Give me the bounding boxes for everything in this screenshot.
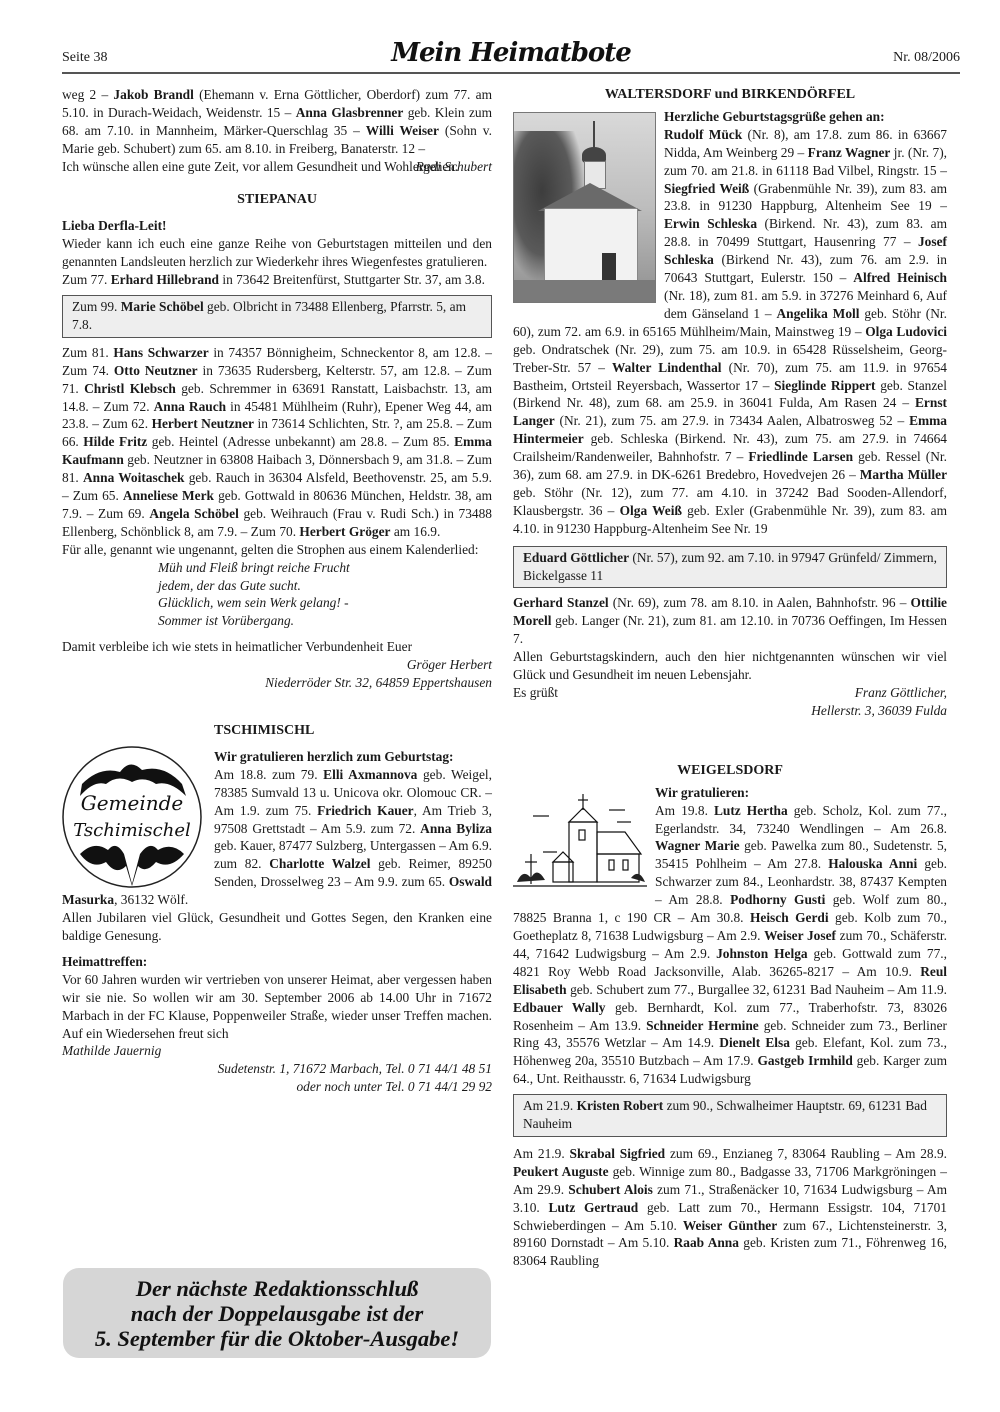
church-drawing xyxy=(513,792,647,892)
svg-text:Tschimischel: Tschimischel xyxy=(73,820,191,841)
meeting-address: Sudetenstr. 1, 71672 Marbach, Tel. 0 71 … xyxy=(62,1060,492,1078)
person-name: Franz Wagner xyxy=(808,145,891,160)
person-name: Friedrich Kauer xyxy=(317,803,414,818)
person-name: Gastgeb Irmhild xyxy=(757,1053,852,1068)
poem: Müh und Fleiß bringt reiche Frucht jedem… xyxy=(158,559,492,631)
birthday-list-2: Am 21.9. Skrabal Sigfried zum 69., Enzia… xyxy=(513,1145,947,1270)
person-name: Dienelt Elsa xyxy=(719,1035,790,1050)
highlight-box: Am 21.9. Kristen Robert zum 90., Schwalh… xyxy=(513,1094,947,1137)
banner-line: Der nächste Redaktionsschluß xyxy=(63,1276,491,1301)
person-name: Friedlinde Larsen xyxy=(748,449,853,464)
person-name: Olga Weiß xyxy=(620,503,682,518)
person-name: Raab Anna xyxy=(674,1235,739,1250)
highlight-box: Eduard Göttlicher (Nr. 57), zum 92. am 7… xyxy=(513,546,947,589)
svg-text:Gemeinde: Gemeinde xyxy=(81,791,184,815)
person-name: Hans Schwarzer xyxy=(113,345,208,360)
person-name: Johnston Helga xyxy=(716,946,808,961)
person-name: Skrabal Sigfried xyxy=(570,1146,666,1161)
meeting-title: Heimattreffen: xyxy=(62,953,492,971)
person-name: Erwin Schleska xyxy=(664,216,757,231)
person-name: Josef Schleska xyxy=(664,234,947,267)
person-name: Rudolf Mück xyxy=(664,127,742,142)
highlight-entry: Zum 99. Marie Schöbel geb. Olbricht in 7… xyxy=(72,298,483,334)
chapel-photo xyxy=(513,112,656,303)
person-name: Christl Klebsch xyxy=(84,381,176,396)
person-name: Heisch Gerdi xyxy=(750,910,829,925)
poem-line: Glücklich, wem sein Werk gelang! - xyxy=(158,594,492,612)
issue-number: Nr. 08/2006 xyxy=(893,50,960,66)
person-name: Anna Glasbrenner xyxy=(296,105,404,120)
person-name: Weiser Günther xyxy=(683,1218,777,1233)
person-name: Herbert Gröger xyxy=(299,524,390,539)
highlight-entry: Am 21.9. Kristen Robert zum 90., Schwalh… xyxy=(523,1097,938,1133)
gemeinde-seal-image: Gemeinde Tschimischel xyxy=(60,744,204,890)
person-name: Erhard Hillebrand xyxy=(111,272,219,287)
person-name: Weiser Josef xyxy=(764,928,836,943)
church-drawing-icon xyxy=(513,792,647,892)
person-name: Sieglinde Rippert xyxy=(774,378,875,393)
chapel-image xyxy=(513,112,656,303)
person-name: Marie Schöbel xyxy=(121,299,204,314)
person-name: Lutz Hertha xyxy=(714,803,788,818)
person-name: Alfred Heinisch xyxy=(853,270,947,285)
person-name: Lutz Gertraud xyxy=(548,1200,638,1215)
person-name: Anna Byliza xyxy=(420,821,492,836)
person-name: Olga Ludovici xyxy=(865,324,947,339)
section-stiepanau: STIEPANAU Lieba Derfla-Leit! Wieder kann… xyxy=(62,191,492,692)
poem-line: jedem, der das Gute sucht. xyxy=(158,577,492,595)
page-header: Seite 38 Mein Heimatbote Nr. 08/2006 xyxy=(62,22,960,74)
left-column: weg 2 – Jakob Brandl (Ehemann v. Erna Gö… xyxy=(62,86,492,1096)
section-weigelsdorf: WEIGELSDORF xyxy=(513,762,947,1270)
person-name: Anna Rauch xyxy=(154,399,227,414)
person-name: Edbauer Wally xyxy=(513,1000,605,1015)
signature-row: Es grüßt Franz Göttlicher, xyxy=(513,684,947,702)
person-name: Schneider Hermine xyxy=(646,1018,759,1033)
meeting-phone: oder noch unter Tel. 0 71 44/1 29 92 xyxy=(62,1078,492,1096)
greeting-text: Es grüßt xyxy=(513,684,558,702)
seal-icon: Gemeinde Tschimischel xyxy=(60,744,204,890)
right-column: WALTERSDORF und BIRKENDÖRFEL Herzliche G… xyxy=(513,86,947,1270)
person-name: Anna Woitaschek xyxy=(83,470,184,485)
person-name: Anneliese Merk xyxy=(123,488,214,503)
person-name: Emma Hintermeier xyxy=(513,413,947,446)
person-name: Eduard Göttlicher xyxy=(523,550,629,565)
meeting-text: Vor 60 Jahren wurden wir vertrieben von … xyxy=(62,971,492,1043)
section-title: WEIGELSDORF xyxy=(513,762,947,780)
signature-name: Gröger Herbert xyxy=(62,656,492,674)
birthday-list: Zum 81. Hans Schwarzer in 74357 Bönnighe… xyxy=(62,344,492,541)
person-name: Herbert Neutzner xyxy=(152,416,254,431)
signature-address: Hellerstr. 3, 36039 Fulda xyxy=(513,702,947,720)
header-rule xyxy=(62,72,960,74)
person-name: Kristen Robert xyxy=(577,1098,664,1113)
intro-text: Wieder kann ich euch eine ganze Reihe vo… xyxy=(62,235,492,271)
deadline-banner: Der nächste Redaktionsschluß nach der Do… xyxy=(63,1268,491,1358)
person-name: Ernst Langer xyxy=(513,395,947,428)
section-title: STIEPANAU xyxy=(62,191,492,209)
masthead-logo: Mein Heimatbote xyxy=(391,38,631,68)
meeting-signature: Mathilde Jauernig xyxy=(62,1042,492,1060)
poem-line: Müh und Fleiß bringt reiche Frucht xyxy=(158,559,492,577)
person-name: Podhorny Gusti xyxy=(730,892,825,907)
section-title: WALTERSDORF und BIRKENDÖRFEL xyxy=(513,86,947,104)
section-tschimischl: Gemeinde Tschimischel TSCHIMISCHL Wir gr… xyxy=(62,722,492,1096)
poem-line: Sommer ist Vorübergang. xyxy=(158,612,492,630)
person-name: Angelika Moll xyxy=(776,306,859,321)
person-name: Angela Schöbel xyxy=(149,506,238,521)
person-name: Charlotte Walzel xyxy=(269,856,370,871)
person-name: Reul Elisabeth xyxy=(513,964,947,997)
wishes-text: Allen Geburtstagskindern, auch den hier … xyxy=(513,648,947,684)
page-number: Seite 38 xyxy=(62,50,108,66)
section-title: TSCHIMISCHL xyxy=(62,722,492,740)
farewell-text: Damit verbleibe ich wie stets in heimatl… xyxy=(62,638,492,656)
poem-intro: Für alle, genannt wie ungenannt, gelten … xyxy=(62,541,492,559)
wishes-text: Allen Jubilaren viel Glück, Gesundheit u… xyxy=(62,909,492,945)
person-name: Willi Weiser xyxy=(366,123,439,138)
person-name: Jakob Brandl xyxy=(113,87,193,102)
birthday-list-2: Gerhard Stanzel (Nr. 69), zum 78. am 8.1… xyxy=(513,594,947,648)
birthday-entry: Zum 77. Erhard Hillebrand in 73642 Breit… xyxy=(62,271,492,289)
signature-address: Niederröder Str. 32, 64859 Eppertshausen xyxy=(62,674,492,692)
section-waltersdorf: WALTERSDORF und BIRKENDÖRFEL Herzliche G… xyxy=(513,86,947,720)
signature-name: Franz Göttlicher, xyxy=(855,684,947,702)
highlight-box: Zum 99. Marie Schöbel geb. Olbricht in 7… xyxy=(62,295,492,338)
person-name: Otto Neutzner xyxy=(114,363,198,378)
highlight-entry: Eduard Göttlicher (Nr. 57), zum 92. am 7… xyxy=(523,549,938,585)
person-name: Hilde Fritz xyxy=(83,434,147,449)
continued-birthday-list: weg 2 – Jakob Brandl (Ehemann v. Erna Gö… xyxy=(62,86,492,158)
person-name: Wagner Marie xyxy=(655,838,740,853)
person-name: Peukert Auguste xyxy=(513,1164,609,1179)
person-name: Martha Müller xyxy=(860,467,947,482)
person-name: Siegfried Weiß xyxy=(664,181,749,196)
person-name: Schubert Alois xyxy=(568,1182,653,1197)
person-name: Gerhard Stanzel xyxy=(513,595,609,610)
person-name: Walter Lindenthal xyxy=(612,360,722,375)
person-name: Halouska Anni xyxy=(828,856,917,871)
greeting: Lieba Derfla-Leit! xyxy=(62,217,492,235)
banner-line: nach der Doppelausgabe ist der xyxy=(63,1301,491,1326)
banner-line: 5. September für die Oktober-Ausgabe! xyxy=(63,1326,491,1351)
person-name: Elli Axmannova xyxy=(323,767,417,782)
